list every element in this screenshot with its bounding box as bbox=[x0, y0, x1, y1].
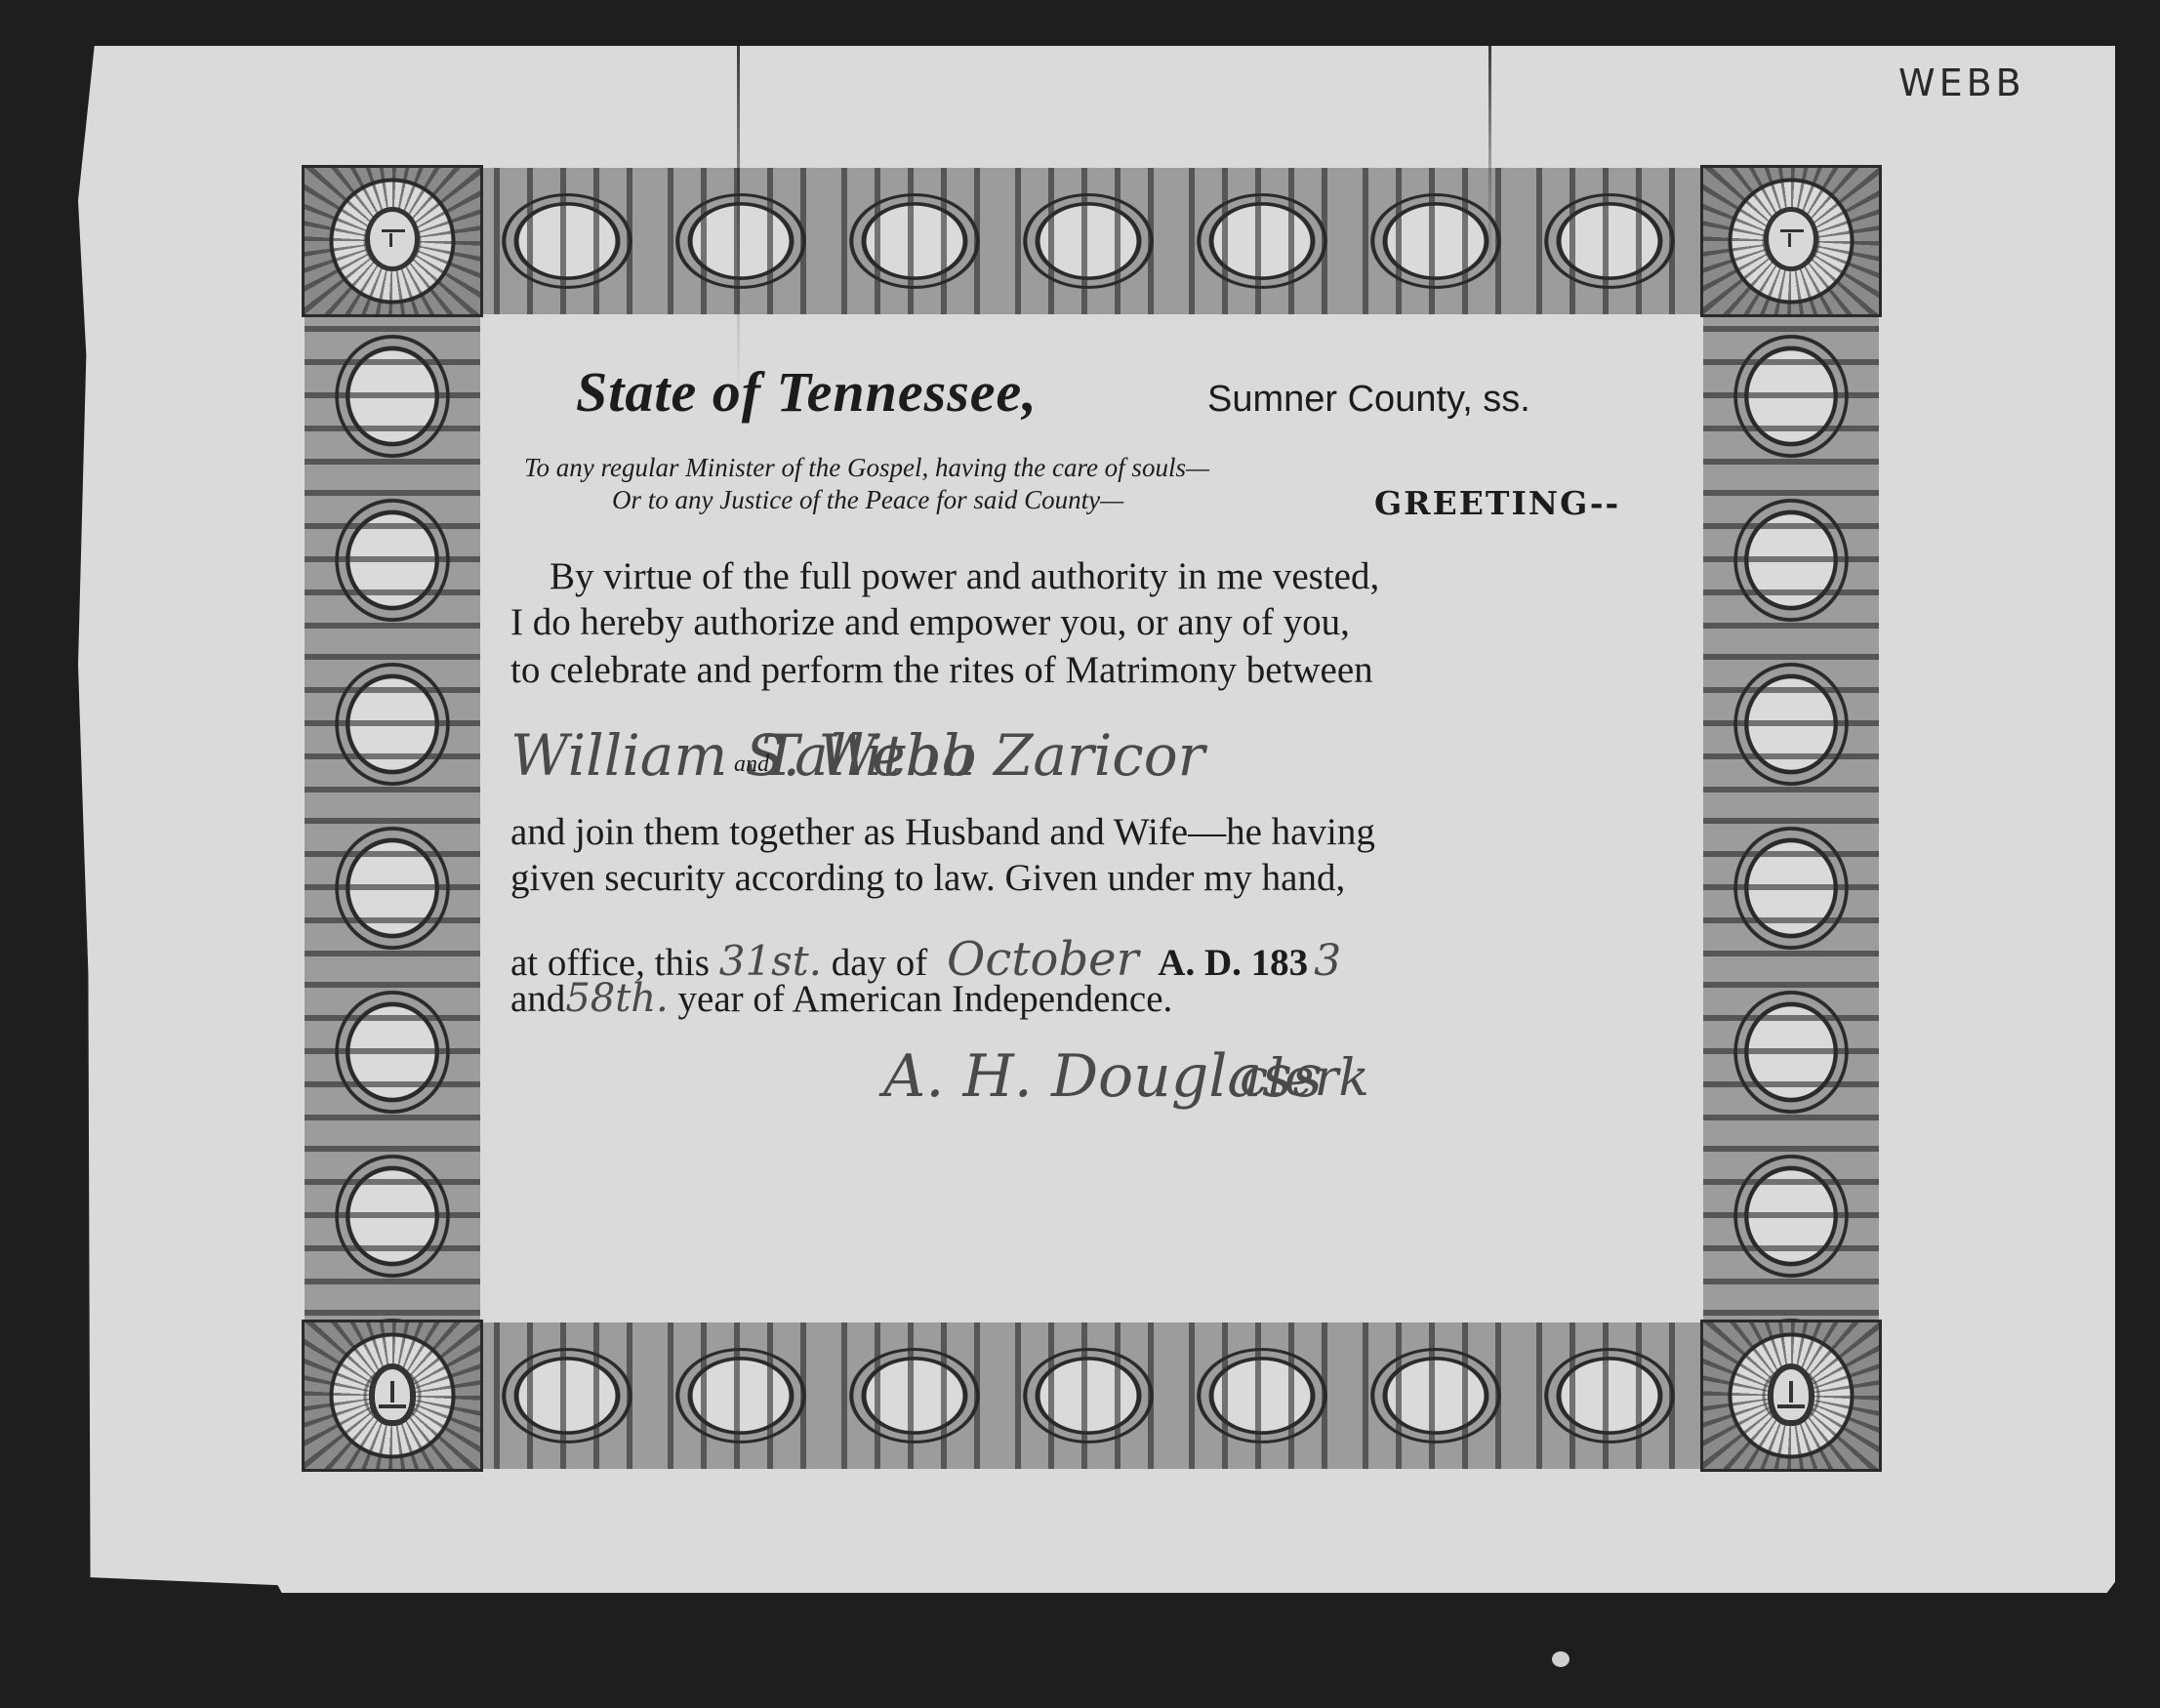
background-speck bbox=[1552, 1651, 1569, 1667]
address-line-minister: To any regular Minister of the Gospel, h… bbox=[524, 453, 1209, 483]
corner-medallion-face-icon bbox=[1703, 168, 1879, 314]
document-title-state: State of Tennessee, bbox=[576, 359, 1038, 425]
corner-medallion-face-icon bbox=[305, 168, 480, 314]
border-top-band bbox=[480, 168, 1703, 314]
independence-line-suffix: year of American Independence. bbox=[678, 978, 1173, 1020]
bride-name-handwritten: Tallitha Zaricor bbox=[761, 722, 1204, 789]
greeting: GREETING-- bbox=[1374, 484, 1620, 522]
date-line-ad: A. D. 183 bbox=[1158, 942, 1308, 984]
corner-annotation: WEBB bbox=[1898, 61, 2025, 104]
body-line-4: and join them together as Husband and Wi… bbox=[510, 810, 1375, 854]
address-line-justice: Or to any Justice of the Peace for said … bbox=[612, 485, 1123, 515]
independence-line-prefix: and bbox=[510, 978, 565, 1020]
border-right-band bbox=[1703, 314, 1879, 1322]
border-left-band bbox=[305, 314, 480, 1322]
body-line-3: to celebrate and perform the rites of Ma… bbox=[510, 648, 1373, 692]
body-line-1: By virtue of the full power and authorit… bbox=[550, 554, 1379, 598]
body-line-2: I do hereby authorize and empower you, o… bbox=[510, 600, 1350, 644]
body-line-5: given security according to law. Given u… bbox=[510, 856, 1345, 900]
year-digit-handwritten: 3 bbox=[1308, 936, 1341, 986]
corner-medallion-scales-icon bbox=[305, 1322, 480, 1469]
independence-year-handwritten: 58th. bbox=[565, 976, 668, 1021]
document-title-county: Sumner County, ss. bbox=[1207, 379, 1530, 421]
independence-line: and58th. year of American Independence. bbox=[510, 976, 1172, 1021]
corner-medallion-scales-icon bbox=[1703, 1322, 1879, 1469]
border-bottom-band bbox=[480, 1322, 1703, 1469]
clerk-title: clerk bbox=[1240, 1049, 1369, 1108]
